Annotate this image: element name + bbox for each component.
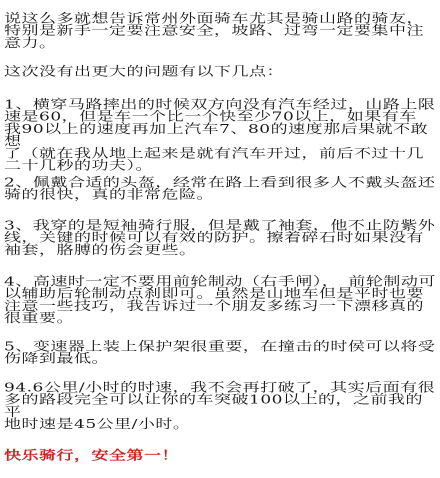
tip-5: 5、变速器上装上保护架很重要，在撞击的时侯可以将受 伤降到最低。 <box>4 341 438 365</box>
section-lead: 这次没有出更大的问题有以下几点： <box>4 66 438 78</box>
document-body: 说这么多就想告诉常州外面骑车尤其是骑山路的骑友， 特别是新手一定要注意安全，坡路… <box>0 0 440 478</box>
tip-4: 4、高速时一定不要用前轮制动（右手闸）， 前轮制动可 以辅助后轮制动点刹即可。虽… <box>4 276 438 325</box>
safety-slogan: 快乐骑行，安全第一！ <box>4 450 438 462</box>
record-paragraph: 94.6公里/小时的时速，我不会再打破了，其实后面有很 多的路段完全可以让你的车… <box>4 382 438 431</box>
tip-1: 1、横穿马路摔出的时候双方向没有汽车经过，山路上限 速是60，但是车一个比一个快… <box>4 99 438 172</box>
tip-2: 2、佩戴合适的头盔，经常在路上看到很多人不戴头盔还 骑的很快，真的非常危险。 <box>4 177 438 201</box>
intro-paragraph: 说这么多就想告诉常州外面骑车尤其是骑山路的骑友， 特别是新手一定要注意安全，坡路… <box>4 13 438 50</box>
tip-3: 3、我穿的是短袖骑行服，但是戴了袖套，他不止防紫外 线，关键的时候可以有效的防护… <box>4 220 438 257</box>
